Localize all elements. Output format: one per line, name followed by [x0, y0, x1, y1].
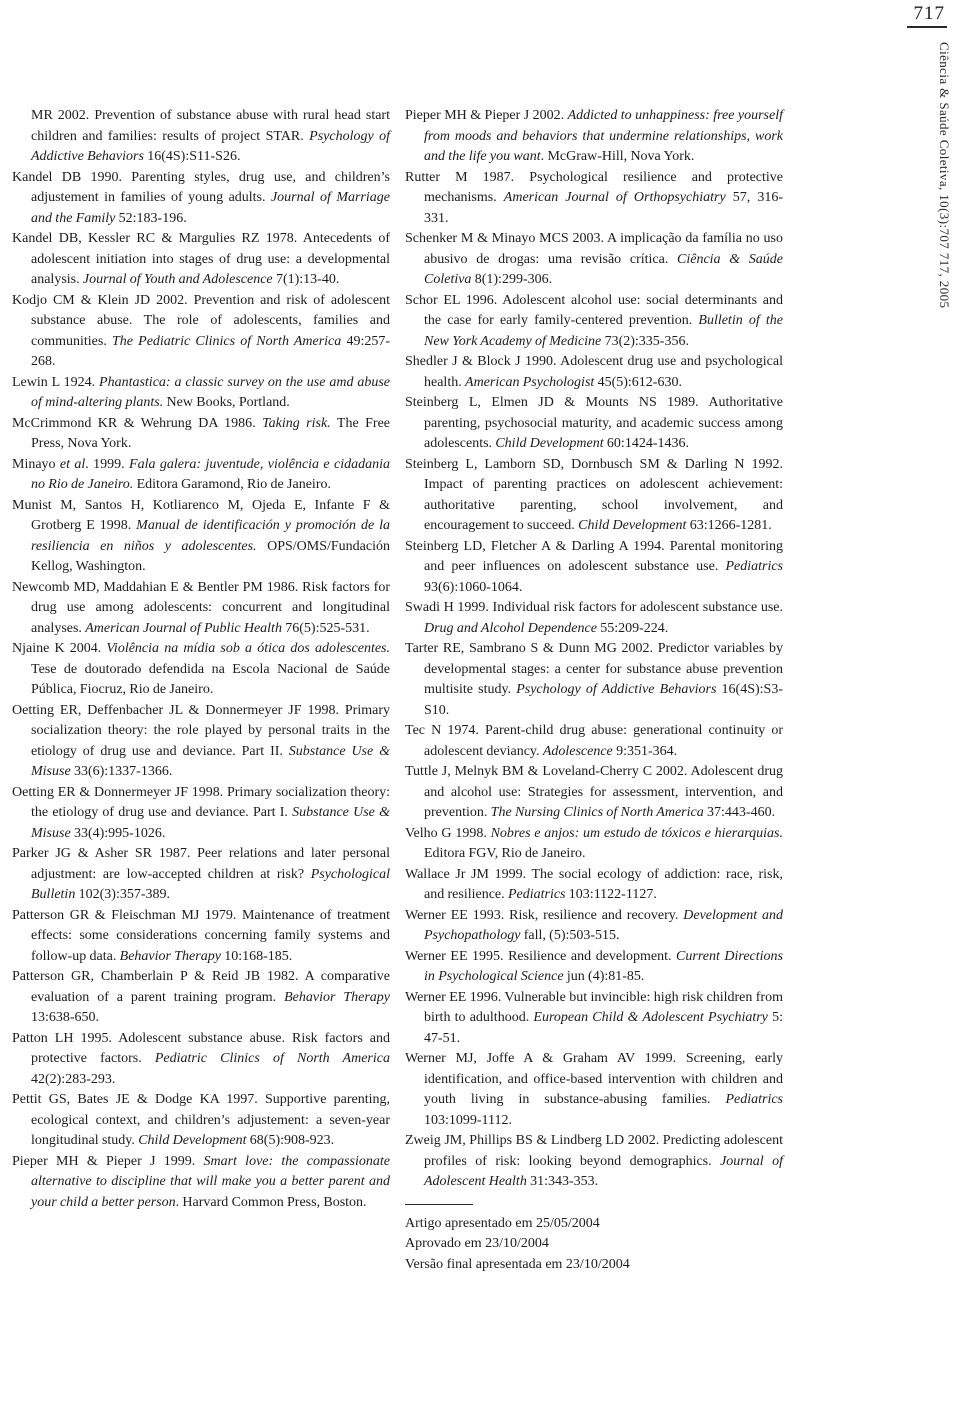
reference-text: 42(2):283-293.	[31, 1072, 115, 1087]
reference-text: Njaine K 2004.	[12, 641, 106, 656]
reference-title-italic: The Pediatric Clinics of North America	[112, 334, 341, 349]
reference-title-italic: Child Development	[138, 1133, 246, 1148]
reference-text: Velho G 1998.	[405, 826, 491, 841]
reference-text: 93(6):1060-1064.	[424, 580, 522, 595]
reference-text: Minayo	[12, 457, 60, 472]
reference-entry: Werner EE 1993. Risk, resilience and rec…	[405, 906, 783, 947]
reference-title-italic: Pediatric Clinics of North America	[155, 1051, 390, 1066]
references-column-right: Pieper MH & Pieper J 2002. Addicted to u…	[405, 106, 783, 1275]
reference-title-italic: Drug and Alcohol Dependence	[424, 621, 597, 636]
reference-text: Pieper MH & Pieper J 1999.	[12, 1154, 203, 1169]
reference-text: 10:168-185.	[221, 949, 292, 964]
reference-entry: Oetting ER, Deffenbacher JL & Donnermeye…	[12, 701, 390, 783]
reference-text: Tese de doutorado defendida na Escola Na…	[31, 662, 390, 698]
reference-text: jun (4):81-85.	[564, 969, 645, 984]
reference-entry: Patton LH 1995. Adolescent substance abu…	[12, 1029, 390, 1091]
page-number: 717	[914, 3, 946, 25]
journal-page: 717 Ciência & Saúde Coletiva, 10(3):707 …	[0, 0, 960, 1401]
reference-text: 37:443-460.	[704, 805, 775, 820]
reference-entry: McCrimmond KR & Wehrung DA 1986. Taking …	[12, 414, 390, 455]
reference-entry: Werner EE 1996. Vulnerable but invincibl…	[405, 988, 783, 1050]
reference-text: 52:183-196.	[115, 211, 186, 226]
reference-entry: Tarter RE, Sambrano S & Dunn MG 2002. Pr…	[405, 639, 783, 721]
reference-text: fall, (5):503-515.	[520, 928, 619, 943]
references-right-list: Pieper MH & Pieper J 2002. Addicted to u…	[405, 106, 783, 1193]
reference-text: Pieper MH & Pieper J 2002.	[405, 108, 568, 123]
article-dates: Artigo apresentado em 25/05/2004Aprovado…	[405, 1214, 783, 1276]
reference-entry: Steinberg LD, Fletcher A & Darling A 199…	[405, 537, 783, 599]
reference-entry: Schor EL 1996. Adolescent alcohol use: s…	[405, 291, 783, 353]
page-number-rule	[907, 26, 947, 28]
reference-entry: Swadi H 1999. Individual risk factors fo…	[405, 598, 783, 639]
reference-text: 60:1424-1436.	[604, 436, 689, 451]
reference-text: 33(4):995-1026.	[71, 826, 166, 841]
reference-entry: Kodjo CM & Klein JD 2002. Prevention and…	[12, 291, 390, 373]
reference-entry: Werner MJ, Joffe A & Graham AV 1999. Scr…	[405, 1049, 783, 1131]
reference-entry: Pettit GS, Bates JE & Dodge KA 1997. Sup…	[12, 1090, 390, 1152]
reference-text: Lewin L 1924.	[12, 375, 99, 390]
reference-text: 16(4S):S11-S26.	[144, 149, 241, 164]
reference-title-italic: et al	[60, 457, 85, 472]
reference-entry: Njaine K 2004. Violência na mídia sob a …	[12, 639, 390, 701]
reference-entry: Lewin L 1924. Phantastica: a classic sur…	[12, 373, 390, 414]
reference-title-italic: American Journal of Public Health	[85, 621, 282, 636]
reference-text: 55:209-224.	[597, 621, 668, 636]
reference-entry: Tec N 1974. Parent-child drug abuse: gen…	[405, 721, 783, 762]
reference-text: 76(5):525-531.	[282, 621, 370, 636]
reference-title-italic: Violência na mídia sob a ótica dos adole…	[106, 641, 390, 656]
reference-title-italic: Psychology of Addictive Behaviors	[516, 682, 716, 697]
reference-entry: Munist M, Santos H, Kotliarenco M, Ojeda…	[12, 496, 390, 578]
reference-text: . Harvard Common Press, Boston.	[176, 1195, 367, 1210]
reference-entry: Minayo et al. 1999. Fala galera: juventu…	[12, 455, 390, 496]
reference-text: 103:1122-1127.	[566, 887, 657, 902]
reference-text: 7(1):13-40.	[273, 272, 340, 287]
reference-text: 103:1099-1112.	[424, 1113, 512, 1128]
reference-entry: Steinberg L, Lamborn SD, Dornbusch SM & …	[405, 455, 783, 537]
journal-citation-sidebar: Ciência & Saúde Coletiva, 10(3):707 717,…	[936, 42, 952, 308]
reference-entry: Rutter M 1987. Psychological resilience …	[405, 168, 783, 230]
reference-entry: MR 2002. Prevention of substance abuse w…	[12, 106, 390, 168]
reference-entry: Patterson GR & Fleischman MJ 1979. Maint…	[12, 906, 390, 968]
reference-title-italic: Pediatrics	[725, 559, 783, 574]
reference-entry: Pieper MH & Pieper J 1999. Smart love: t…	[12, 1152, 390, 1214]
article-date-line: Aprovado em 23/10/2004	[405, 1234, 783, 1255]
reference-title-italic: American Psychologist	[465, 375, 594, 390]
reference-title-italic: Child Development	[578, 518, 686, 533]
reference-title-italic: Adolescence	[543, 744, 613, 759]
article-date-line: Versão final apresentada em 23/10/2004	[405, 1255, 783, 1276]
reference-text: New Books, Portland.	[163, 395, 290, 410]
reference-title-italic: Pediatrics	[725, 1092, 783, 1107]
reference-text: 9:351-364.	[613, 744, 677, 759]
reference-text: 13:638-650.	[31, 1010, 99, 1025]
reference-entry: Velho G 1998. Nobres e anjos: um estudo …	[405, 824, 783, 865]
reference-entry: Patterson GR, Chamberlain P & Reid JB 19…	[12, 967, 390, 1029]
reference-entry: Tuttle J, Melnyk BM & Loveland-Cherry C …	[405, 762, 783, 824]
reference-title-italic: Behavior Therapy	[284, 990, 390, 1005]
reference-entry: Kandel DB 1990. Parenting styles, drug u…	[12, 168, 390, 230]
reference-entry: Werner EE 1995. Resilience and developme…	[405, 947, 783, 988]
reference-text: . McGraw-Hill, Nova York.	[541, 149, 695, 164]
reference-entry: Parker JG & Asher SR 1987. Peer relation…	[12, 844, 390, 906]
reference-text: 68(5):908-923.	[246, 1133, 334, 1148]
reference-title-italic: Journal of Youth and Adolescence	[83, 272, 273, 287]
reference-text: 63:1266-1281.	[686, 518, 771, 533]
reference-title-italic: American Journal of Orthopsychiatry	[504, 190, 726, 205]
references-column-left: MR 2002. Prevention of substance abuse w…	[12, 106, 390, 1213]
reference-entry: Kandel DB, Kessler RC & Margulies RZ 197…	[12, 229, 390, 291]
reference-text: . 1999.	[85, 457, 129, 472]
reference-entry: Pieper MH & Pieper J 2002. Addicted to u…	[405, 106, 783, 168]
reference-text: Werner EE 1993. Risk, resilience and rec…	[405, 908, 683, 923]
reference-entry: Schenker M & Minayo MCS 2003. A implicaç…	[405, 229, 783, 291]
footnote-rule	[405, 1204, 473, 1205]
reference-title-italic: Behavior Therapy	[120, 949, 221, 964]
reference-title-italic: Taking risk.	[262, 416, 331, 431]
article-date-line: Artigo apresentado em 25/05/2004	[405, 1214, 783, 1235]
reference-title-italic: Nobres e anjos: um estudo de tóxicos e h…	[491, 826, 783, 841]
reference-title-italic: Pediatrics	[508, 887, 566, 902]
reference-text: Editora FGV, Rio de Janeiro.	[424, 846, 585, 861]
reference-text: Werner EE 1995. Resilience and developme…	[405, 949, 676, 964]
reference-entry: Shedler J & Block J 1990. Adolescent dru…	[405, 352, 783, 393]
reference-title-italic: The Nursing Clinics of North America	[491, 805, 704, 820]
reference-entry: Steinberg L, Elmen JD & Mounts NS 1989. …	[405, 393, 783, 455]
reference-text: 102(3):357-389.	[75, 887, 170, 902]
reference-entry: Oetting ER & Donnermeyer JF 1998. Primar…	[12, 783, 390, 845]
reference-text: Editora Garamond, Rio de Janeiro.	[133, 477, 331, 492]
reference-title-italic: Child Development	[495, 436, 603, 451]
reference-text: McCrimmond KR & Wehrung DA 1986.	[12, 416, 262, 431]
reference-entry: Zweig JM, Phillips BS & Lindberg LD 2002…	[405, 1131, 783, 1193]
reference-text: Swadi H 1999. Individual risk factors fo…	[405, 600, 783, 615]
reference-entry: Wallace Jr JM 1999. The social ecology o…	[405, 865, 783, 906]
reference-text: 8(1):299-306.	[471, 272, 552, 287]
reference-text: 45(5):612-630.	[594, 375, 682, 390]
reference-text: 73(2):335-356.	[601, 334, 689, 349]
reference-entry: Newcomb MD, Maddahian E & Bentler PM 198…	[12, 578, 390, 640]
reference-text: 33(6):1337-1366.	[71, 764, 173, 779]
reference-text: 31:343-353.	[527, 1174, 598, 1189]
reference-title-italic: European Child & Adolescent Psychiatry	[533, 1010, 768, 1025]
